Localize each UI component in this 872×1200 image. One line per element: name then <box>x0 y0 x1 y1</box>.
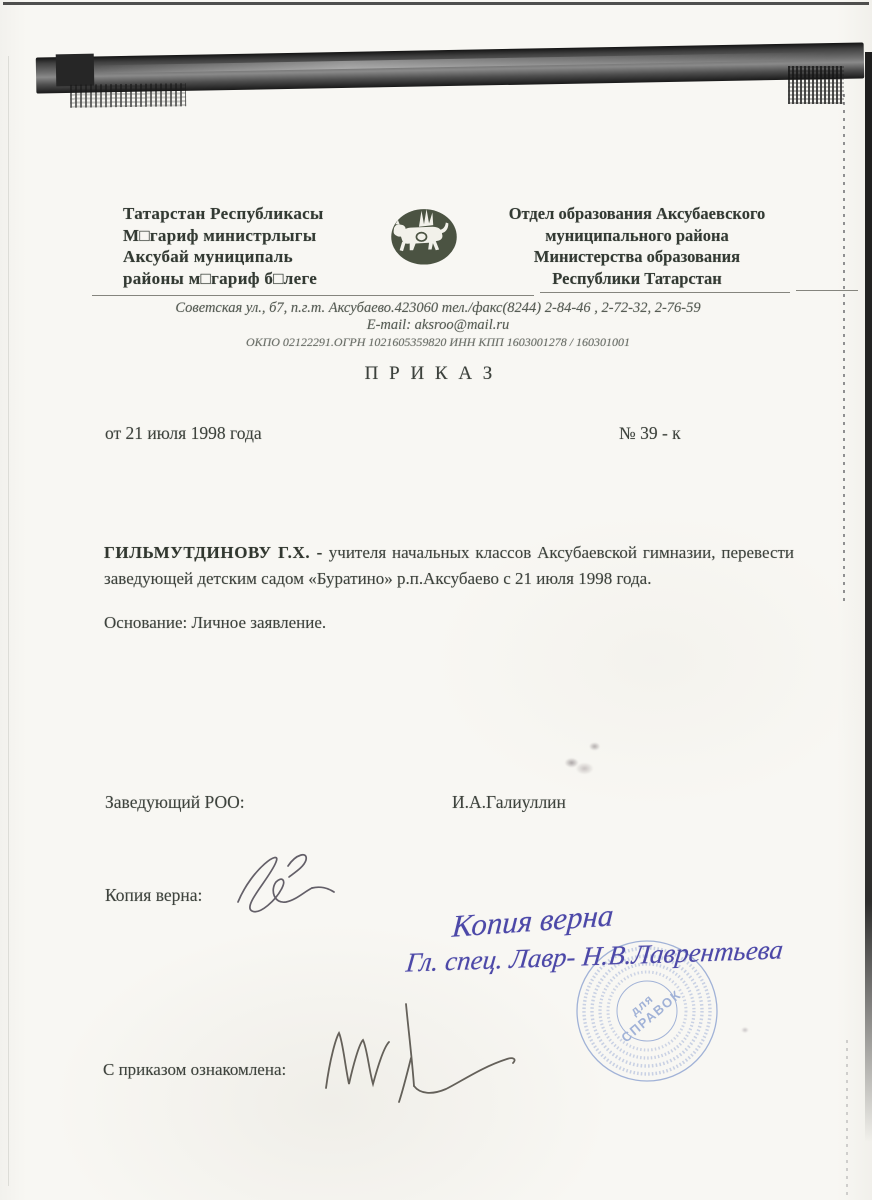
org-name-russian-line: Республики Татарстан <box>478 268 796 290</box>
email-line: E-mail: aksroo@mail.ru <box>56 317 820 334</box>
stamp-center-text-line2: СПРАВОК <box>618 987 684 1046</box>
scan-band-dark-patch <box>56 54 95 87</box>
scanned-order-document: Татарстан Республикасы М□гариф министрлы… <box>0 0 872 1200</box>
scan-right-edge-strip <box>865 52 872 1142</box>
org-name-tatar-line: Аксубай муниципаль <box>123 246 363 268</box>
registration-codes-line: ОКПО 02122291.ОГРН 1021605359820 ИНН КПП… <box>56 334 820 350</box>
letterhead-divider <box>540 292 790 293</box>
org-name-tatar-line: Татарстан Республикасы <box>123 203 363 225</box>
order-number: № 39 - к <box>619 423 681 444</box>
order-body-paragraph: ГИЛЬМУТДИНОВУ Г.Х. - учителя начальных к… <box>104 540 794 592</box>
head-position-label: Заведующий РОО: <box>105 792 245 813</box>
copy-certified-label: Копия верна: <box>105 885 202 906</box>
handwritten-signature-copy <box>222 846 352 928</box>
order-basis: Основание: Личное заявление. <box>104 610 794 636</box>
letterhead-divider <box>92 295 534 296</box>
head-name: И.А.Галиуллин <box>452 792 566 813</box>
org-name-russian-line: Отдел образования Аксубаевского <box>478 203 796 225</box>
scan-smudge-right <box>788 66 844 104</box>
addressee-name: ГИЛЬМУТДИНОВУ Г.Х. - <box>104 543 323 562</box>
small-ink-smudge <box>736 1022 754 1038</box>
scan-band-highlight <box>86 52 831 74</box>
org-name-tatar-line: М□гариф министрлыгы <box>123 225 363 247</box>
org-name-tatar-line: районы м□гариф б□леге <box>123 268 363 290</box>
org-name-russian: Отдел образования Аксубаевского муниципа… <box>478 203 796 289</box>
contact-info: Советская ул., б7, п.г.т. Аксубаево.4230… <box>56 299 820 350</box>
order-date: от 21 июля 1998 года <box>105 423 262 444</box>
ink-smudge <box>550 733 622 781</box>
handwritten-signature-acknowledgement <box>310 996 540 1108</box>
paper-left-edge <box>8 56 9 1186</box>
scan-bleedthrough-dashes-lower <box>846 1040 848 1198</box>
scan-top-edge-line <box>3 2 869 5</box>
org-name-russian-line: Министерства образования <box>478 246 796 268</box>
address-phone-line: Советская ул., б7, п.г.т. Аксубаево.4230… <box>56 299 820 317</box>
letterhead-divider <box>796 290 858 291</box>
scan-bleedthrough-dashes-upper <box>843 94 845 606</box>
org-name-tatar: Татарстан Республикасы М□гариф министрлы… <box>123 203 363 289</box>
tatarstan-coat-of-arms-icon <box>382 197 466 275</box>
scan-smudge-left <box>70 83 186 108</box>
document-title: П Р И К А З <box>0 363 860 385</box>
org-name-russian-line: муниципального района <box>478 225 796 247</box>
acknowledgement-label: С приказом ознакомлена: <box>103 1060 286 1080</box>
